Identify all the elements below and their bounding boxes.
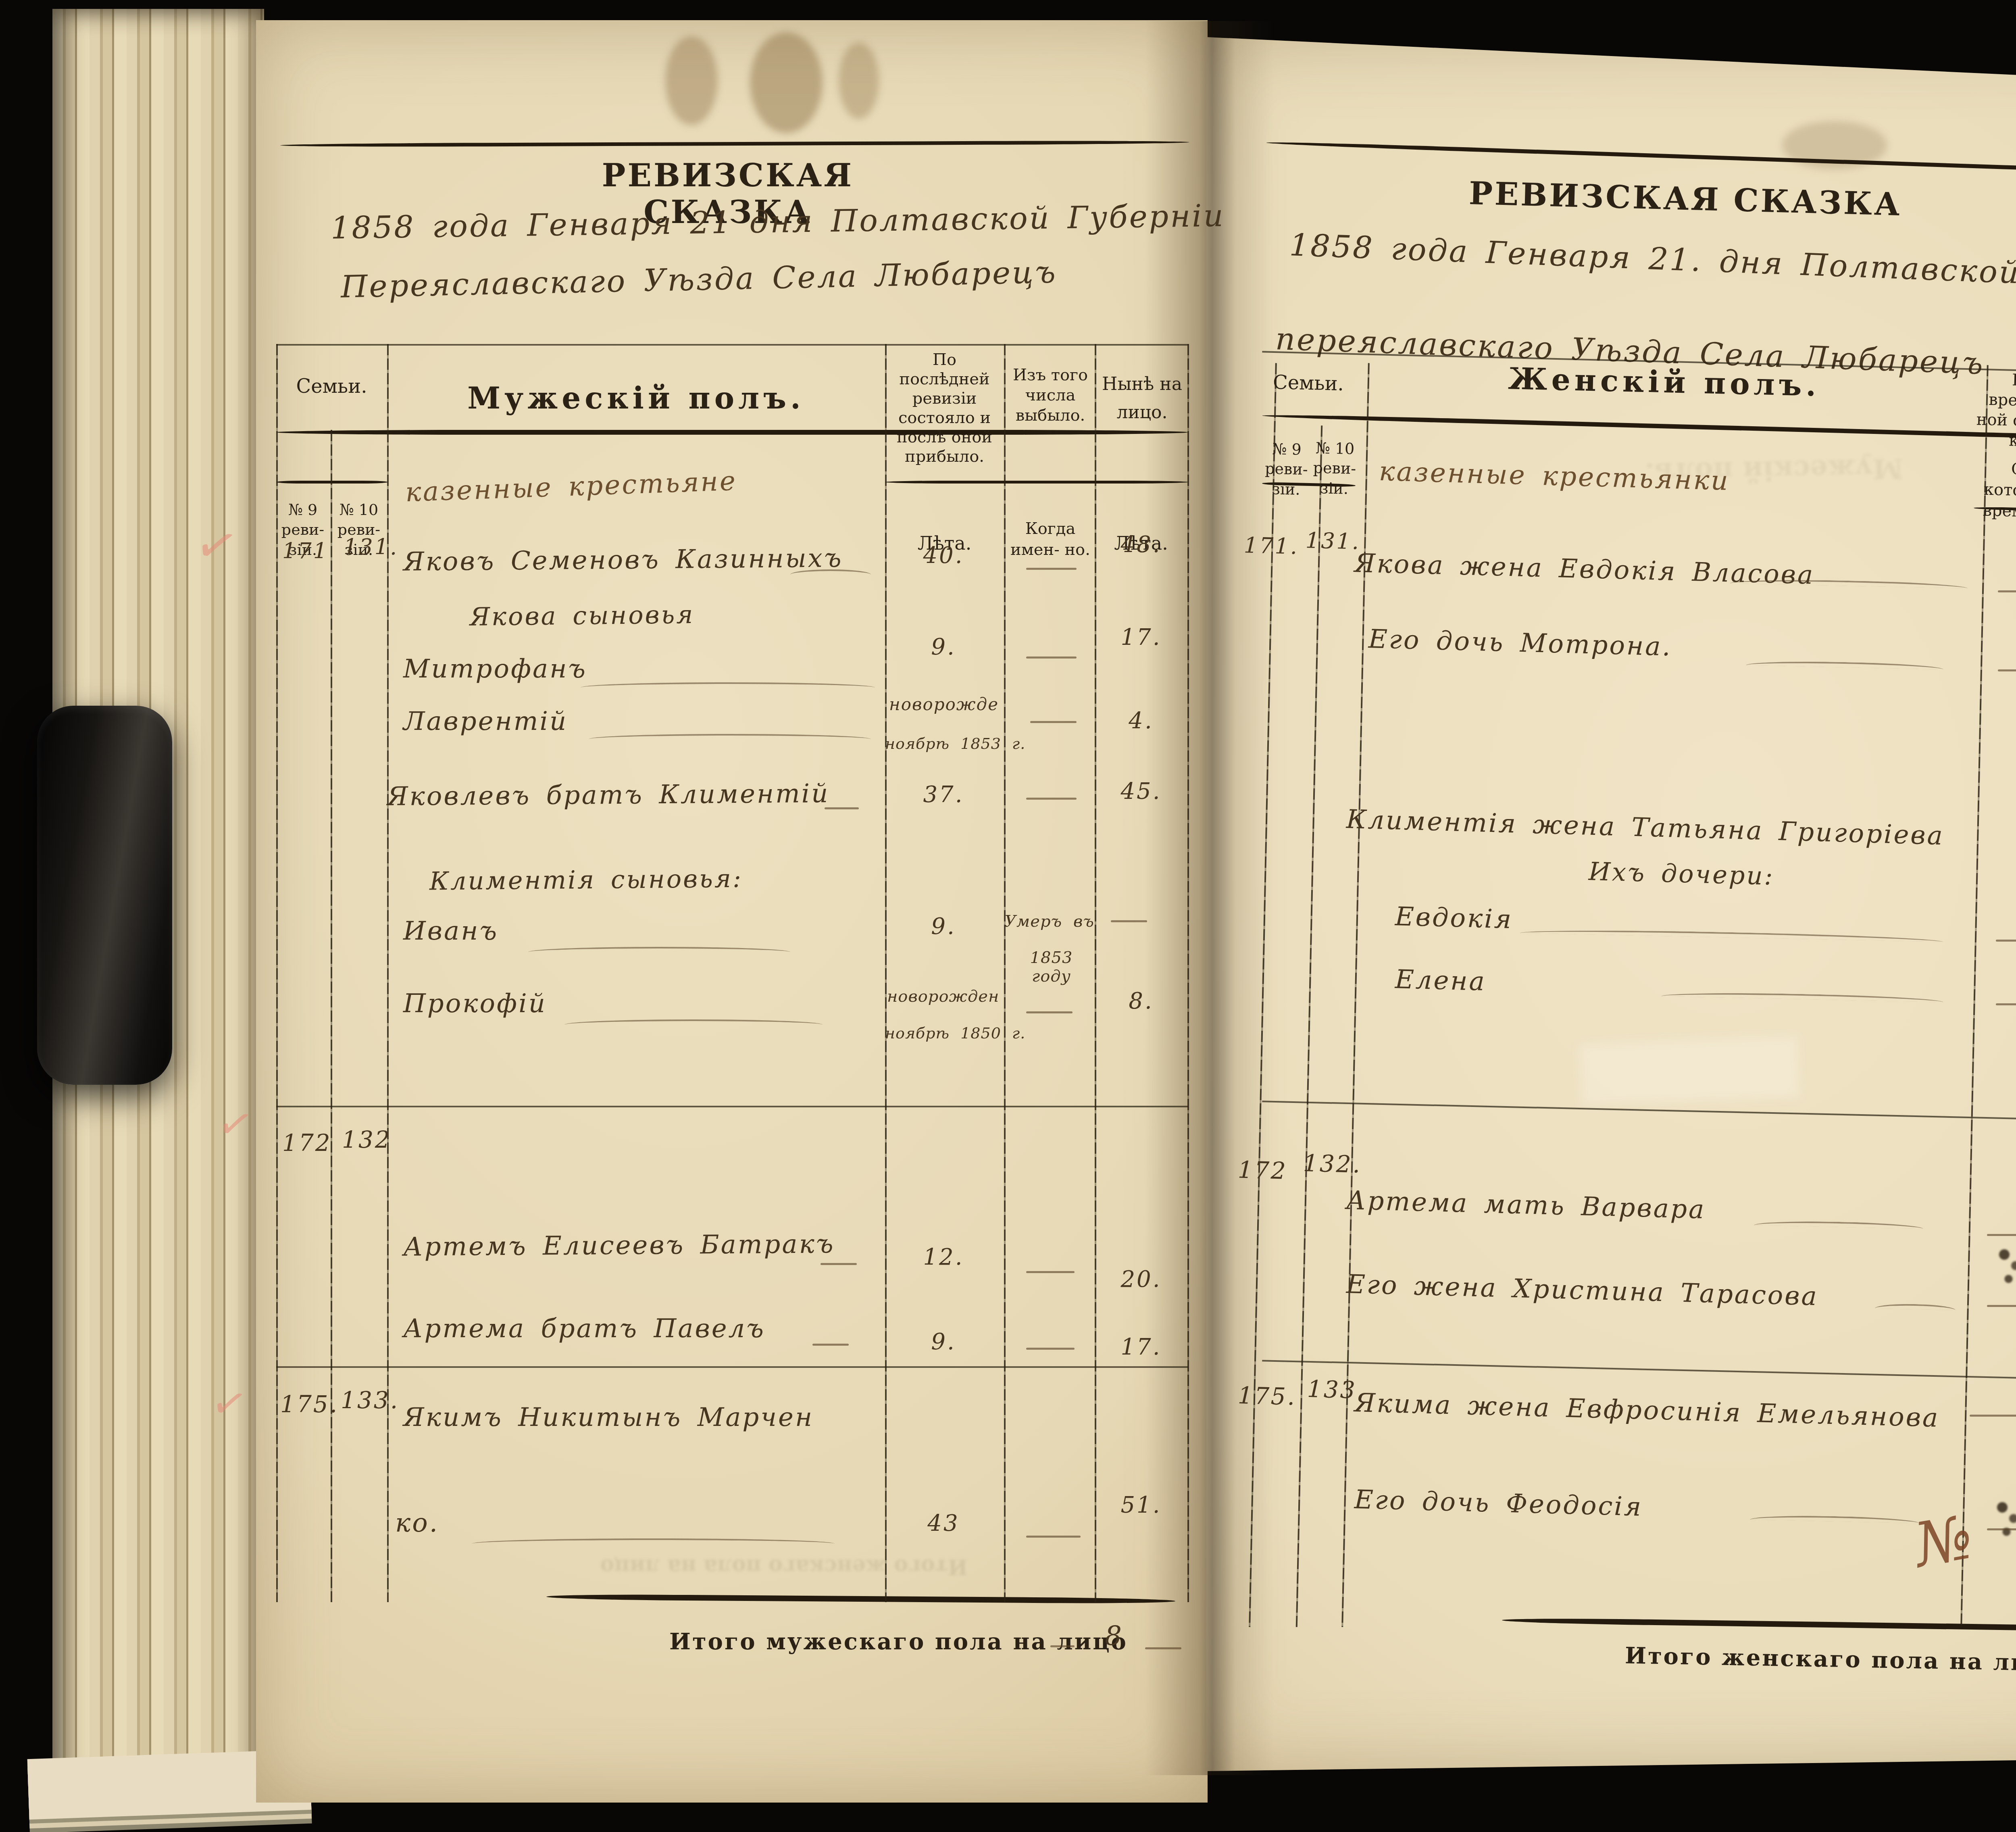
table-heavy-rule bbox=[885, 481, 1188, 484]
col-header-prev-revision: По послѣдней ревизіи состояло и послѣ он… bbox=[887, 350, 1002, 466]
ink-stain bbox=[750, 32, 823, 133]
newborn-note: ноябрѣ 1853 г. bbox=[885, 735, 1025, 752]
table-column-line bbox=[1187, 344, 1189, 1602]
age-now: 20. bbox=[1095, 1266, 1187, 1292]
col-header-when: Когда имен- но. bbox=[1006, 518, 1095, 560]
footer-dash bbox=[1145, 1647, 1181, 1649]
rev9-number: 172 bbox=[1237, 1156, 1287, 1184]
age-previous: 9. bbox=[885, 913, 1002, 940]
table-column-line bbox=[331, 430, 332, 1602]
ink-stain bbox=[839, 42, 879, 119]
newborn-note: ноябрѣ 1850 г. bbox=[885, 1024, 1025, 1042]
column-dash bbox=[812, 1344, 849, 1346]
age-now: 17. bbox=[1095, 1334, 1187, 1360]
column-dash bbox=[1026, 1348, 1075, 1350]
person-name: Митрофанъ bbox=[403, 654, 587, 684]
light-patch bbox=[1580, 1037, 1799, 1105]
ink-numero-mark: № bbox=[1910, 1502, 1980, 1581]
column-dash bbox=[1030, 721, 1077, 723]
column-dash bbox=[1998, 669, 2016, 671]
table-column-line bbox=[276, 344, 278, 1602]
person-name: Лаврентій bbox=[403, 707, 568, 736]
col-header-present: Нынѣ на лицо. bbox=[1097, 370, 1187, 427]
person-name: Ихъ дочери: bbox=[1588, 857, 1774, 891]
family-separator bbox=[276, 1366, 1188, 1368]
age-previous: 12. bbox=[885, 1244, 1002, 1270]
person-name: Яковъ Семеновъ Казинныхъ bbox=[403, 543, 843, 577]
person-name: ко. bbox=[395, 1508, 439, 1538]
binder-clip bbox=[37, 706, 172, 1085]
rev9-number: 175. bbox=[280, 1390, 339, 1418]
family-separator bbox=[276, 1106, 1188, 1107]
age-now: 17. bbox=[1095, 624, 1187, 650]
person-name: Якимъ Никитынъ Марчен bbox=[403, 1403, 814, 1432]
column-dash bbox=[1111, 920, 1147, 922]
column-dash bbox=[825, 807, 859, 809]
rev9-number: 171. bbox=[1243, 532, 1299, 559]
rev10-number: 131. bbox=[344, 534, 398, 560]
column-dash bbox=[1026, 1271, 1075, 1273]
rev10-number: 132. bbox=[1303, 1149, 1362, 1178]
col-header-since-when: Съ котораго времени. bbox=[1975, 458, 2016, 523]
column-dash bbox=[821, 1263, 857, 1265]
rev9-number: 175. bbox=[1237, 1382, 1297, 1411]
rev10-number: 132 bbox=[342, 1126, 392, 1153]
person-name: Артемъ Елисеевъ Батракъ bbox=[403, 1229, 835, 1262]
table-column-line bbox=[1004, 344, 1006, 1602]
column-dash bbox=[1970, 1415, 2016, 1417]
show-through-text: Итого женскаго пола на лицо bbox=[464, 1555, 968, 1579]
col-header-rev10: № 10 реви- зіи. bbox=[1310, 438, 1359, 499]
footer-dash bbox=[1050, 1645, 1075, 1647]
column-dash bbox=[1996, 940, 2016, 942]
age-previous: 37. bbox=[885, 782, 1002, 808]
age-now: 4. bbox=[1095, 708, 1187, 734]
rev10-number: 131. bbox=[1305, 527, 1361, 554]
table-heavy-rule bbox=[276, 430, 1188, 435]
column-dash bbox=[1987, 1305, 2016, 1307]
ink-blot bbox=[1996, 1241, 2016, 1286]
person-name: Артема братъ Павелъ bbox=[403, 1314, 765, 1344]
ink-blot bbox=[1994, 1494, 2016, 1538]
age-now: 8. bbox=[1095, 988, 1187, 1014]
person-name: Иванъ bbox=[403, 916, 498, 946]
scanned-book-spread: Итого женскаго пола на лицо Мужескій пол… bbox=[0, 0, 2016, 1832]
rev9-number: 172 bbox=[282, 1129, 332, 1157]
person-name: Елена bbox=[1395, 965, 1487, 997]
col-header-rev9: № 9 реви- зіи. bbox=[1262, 439, 1310, 500]
rev9-number: 171 bbox=[282, 538, 329, 564]
age-previous: 40. bbox=[885, 542, 1002, 569]
col-header-family: Семьи. bbox=[1262, 371, 1355, 395]
col-header-absence: Во времен- ной отлуч- кѣ. bbox=[1975, 369, 2016, 452]
table-line bbox=[276, 344, 1188, 346]
column-dash bbox=[1987, 1528, 2016, 1530]
column-dash bbox=[1996, 1003, 2016, 1005]
person-name: Прокофій bbox=[403, 989, 547, 1019]
rev10-number: 133. bbox=[341, 1386, 399, 1414]
person-name: Евдокія bbox=[1395, 902, 1513, 935]
col-header-gender: Мужескій полъ. bbox=[387, 381, 885, 416]
age-now: 45. bbox=[1095, 778, 1187, 804]
person-name: Климентія сыновья: bbox=[429, 864, 743, 896]
age-previous: 9. bbox=[885, 1329, 1002, 1355]
left-footer-label: Итого мужескаго пола на лицо bbox=[669, 1628, 1128, 1655]
ink-stain bbox=[665, 36, 718, 125]
column-dash bbox=[1026, 1011, 1073, 1013]
col-header-departed: Изъ того числа выбыло. bbox=[1006, 365, 1095, 425]
age-now: 48. bbox=[1095, 531, 1187, 558]
died-note: 1853 году bbox=[1006, 948, 1097, 986]
age-previous: 43 bbox=[885, 1510, 1002, 1536]
age-previous: 9. bbox=[885, 634, 1002, 660]
column-dash bbox=[1987, 1234, 2016, 1236]
person-name: Якова сыновья bbox=[470, 600, 695, 632]
person-name: Яковлевъ братъ Климентій bbox=[387, 779, 830, 812]
newborn-note: новорожде bbox=[889, 694, 999, 714]
column-dash bbox=[1026, 1536, 1081, 1538]
left-footer-total: 8 bbox=[1105, 1620, 1123, 1651]
column-dash bbox=[1998, 590, 2016, 592]
newborn-note: новорожден bbox=[887, 987, 999, 1006]
column-dash bbox=[1026, 657, 1077, 659]
column-dash bbox=[1026, 798, 1077, 800]
age-now: 51. bbox=[1095, 1492, 1187, 1518]
died-note: Умеръ въ bbox=[1004, 912, 1095, 931]
col-header-family: Семьи. bbox=[276, 375, 387, 398]
column-dash bbox=[1026, 568, 1077, 570]
